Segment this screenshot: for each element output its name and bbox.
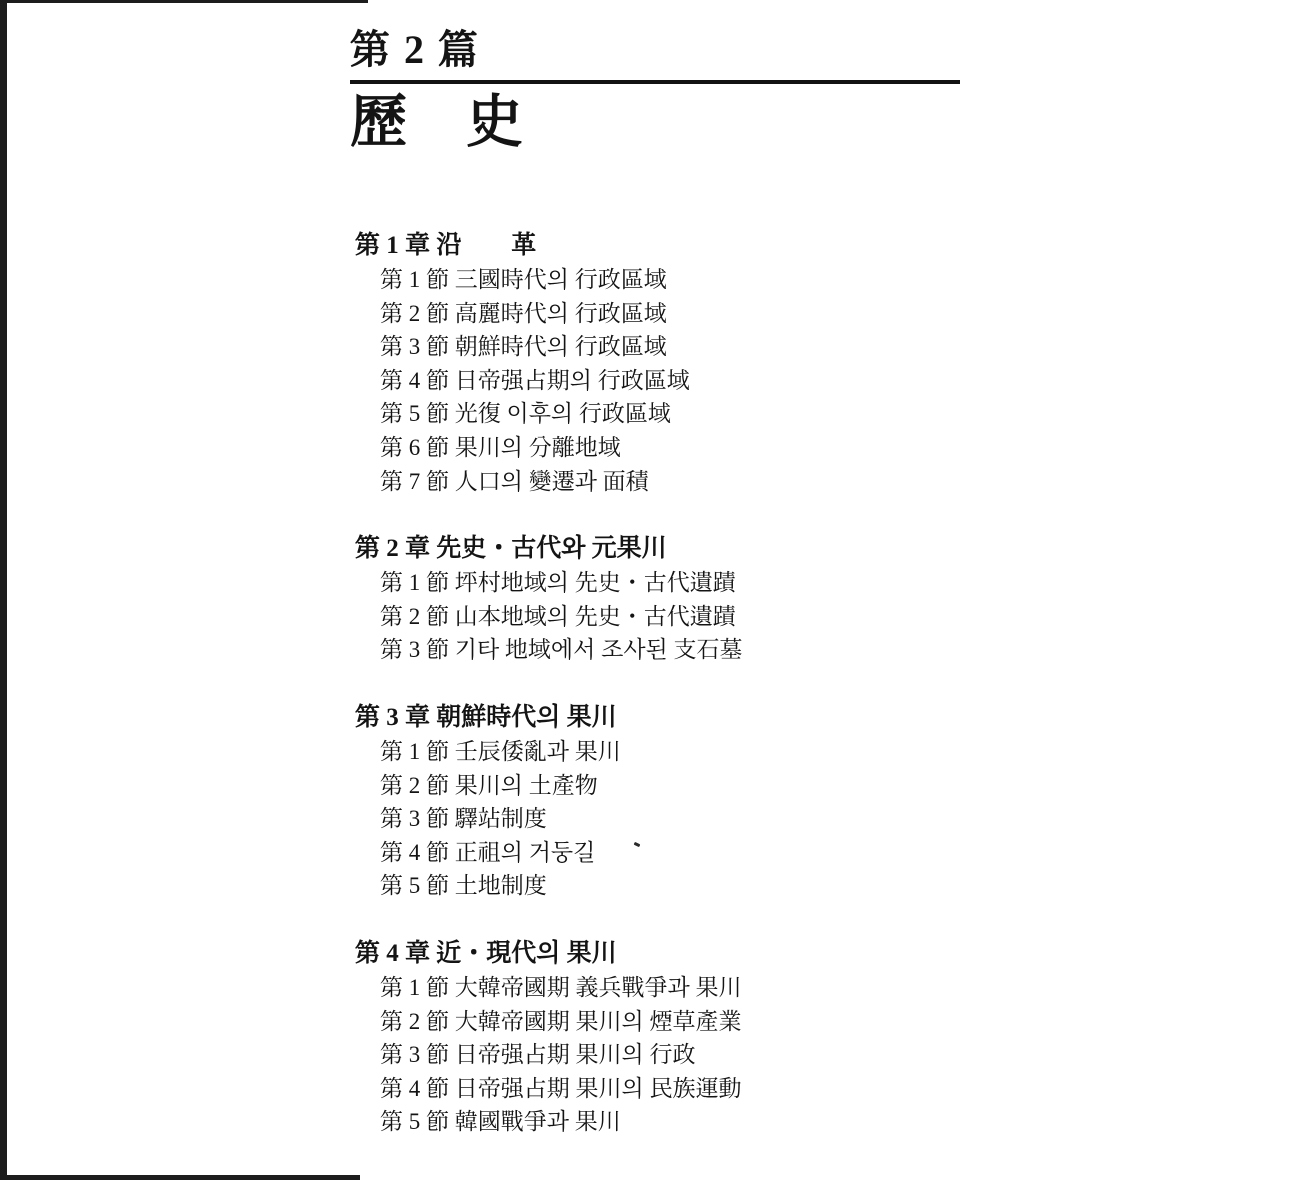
scan-edge-bottom — [0, 1175, 360, 1180]
section-entry: 第 1 節 壬辰倭亂과 果川 — [355, 735, 975, 769]
chapter-title: 第 3 章 朝鮮時代의 果川 — [355, 701, 975, 735]
toc-chapter: 第 4 章 近・現代의 果川第 1 節 大韓帝國期 義兵戰爭과 果川第 2 節 … — [355, 937, 975, 1139]
section-entry: 第 4 節 日帝强占期 果川의 民族運動 — [355, 1072, 975, 1106]
chapter-title: 第 4 章 近・現代의 果川 — [355, 937, 975, 971]
toc-chapter: 第 3 章 朝鮮時代의 果川第 1 節 壬辰倭亂과 果川第 2 節 果川의 土產… — [355, 701, 975, 903]
chapter-title: 第 2 章 先史・古代와 元果川 — [355, 532, 975, 566]
section-entry: 第 3 節 기타 地域에서 조사된 支石墓 — [355, 633, 975, 667]
section-entry: 第 5 節 韓國戰爭과 果川 — [355, 1105, 975, 1139]
section-entry: 第 2 節 山本地域의 先史・古代遺蹟 — [355, 600, 975, 634]
toc-chapter: 第 2 章 先史・古代와 元果川第 1 節 坪村地域의 先史・古代遺蹟第 2 節… — [355, 532, 975, 667]
chapter-title: 第 1 章 沿 革 — [355, 229, 975, 263]
part-title: 歷 史 — [350, 92, 962, 154]
scan-edge-top — [0, 0, 368, 3]
section-entry: 第 5 節 土地制度 — [355, 869, 975, 903]
part-title-rule — [350, 80, 960, 84]
toc-chapter: 第 1 章 沿 革第 1 節 三國時代의 行政區域第 2 節 高麗時代의 行政區… — [355, 229, 975, 498]
section-entry: 第 7 節 人口의 變遷과 面積 — [355, 465, 975, 499]
section-entry: 第 2 節 高麗時代의 行政區域 — [355, 297, 975, 331]
part-header: 第 2 篇 歷 史 — [350, 26, 962, 154]
table-of-contents: 第 1 章 沿 革第 1 節 三國時代의 行政區域第 2 節 高麗時代의 行政區… — [355, 229, 975, 1173]
scan-edge-left — [0, 0, 7, 1180]
section-entry: 第 3 節 驛站制度 — [355, 802, 975, 836]
section-entry: 第 1 節 三國時代의 行政區域 — [355, 263, 975, 297]
part-label: 第 2 篇 — [350, 26, 962, 74]
section-entry: 第 3 節 日帝强占期 果川의 行政 — [355, 1038, 975, 1072]
section-entry: 第 4 節 日帝强占期의 行政區域 — [355, 364, 975, 398]
section-entry: 第 4 節 正祖의 거둥길 — [355, 836, 975, 870]
section-entry: 第 2 節 大韓帝國期 果川의 煙草產業 — [355, 1005, 975, 1039]
section-entry: 第 3 節 朝鮮時代의 行政區域 — [355, 330, 975, 364]
section-entry: 第 2 節 果川의 土產物 — [355, 769, 975, 803]
section-entry: 第 5 節 光復 이후의 行政區域 — [355, 397, 975, 431]
section-entry: 第 1 節 大韓帝國期 義兵戰爭과 果川 — [355, 971, 975, 1005]
section-entry: 第 1 節 坪村地域의 先史・古代遺蹟 — [355, 566, 975, 600]
section-entry: 第 6 節 果川의 分離地域 — [355, 431, 975, 465]
